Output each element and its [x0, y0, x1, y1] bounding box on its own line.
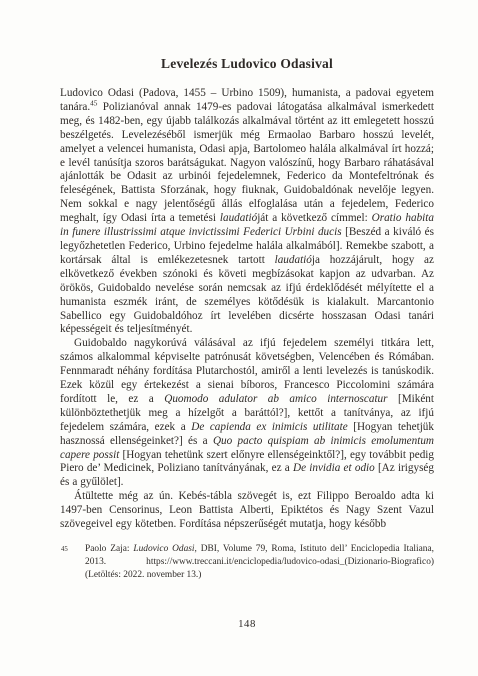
- footnote-marker: 45: [61, 543, 68, 556]
- page-number: 148: [60, 618, 434, 630]
- footnote: 45 Paolo Zaja: Ludovico Odasi, DBI, Volu…: [60, 543, 434, 583]
- footnote-text: Paolo Zaja: Ludovico Odasi, DBI, Volume …: [85, 544, 434, 580]
- book-page: Levelezés Ludovico Odasival Ludovico Oda…: [0, 0, 478, 676]
- paragraph-1: Ludovico Odasi (Padova, 1455 – Urbino 15…: [60, 87, 434, 337]
- paragraph-2: Guidobaldo nagykorúvá válásával az ifjú …: [60, 337, 434, 490]
- paragraph-3: Átültette még az ún. Kebés-tábla szövegé…: [60, 490, 434, 532]
- body-text: Ludovico Odasi (Padova, 1455 – Urbino 15…: [60, 87, 434, 532]
- page-title: Levelezés Ludovico Odasival: [60, 56, 434, 72]
